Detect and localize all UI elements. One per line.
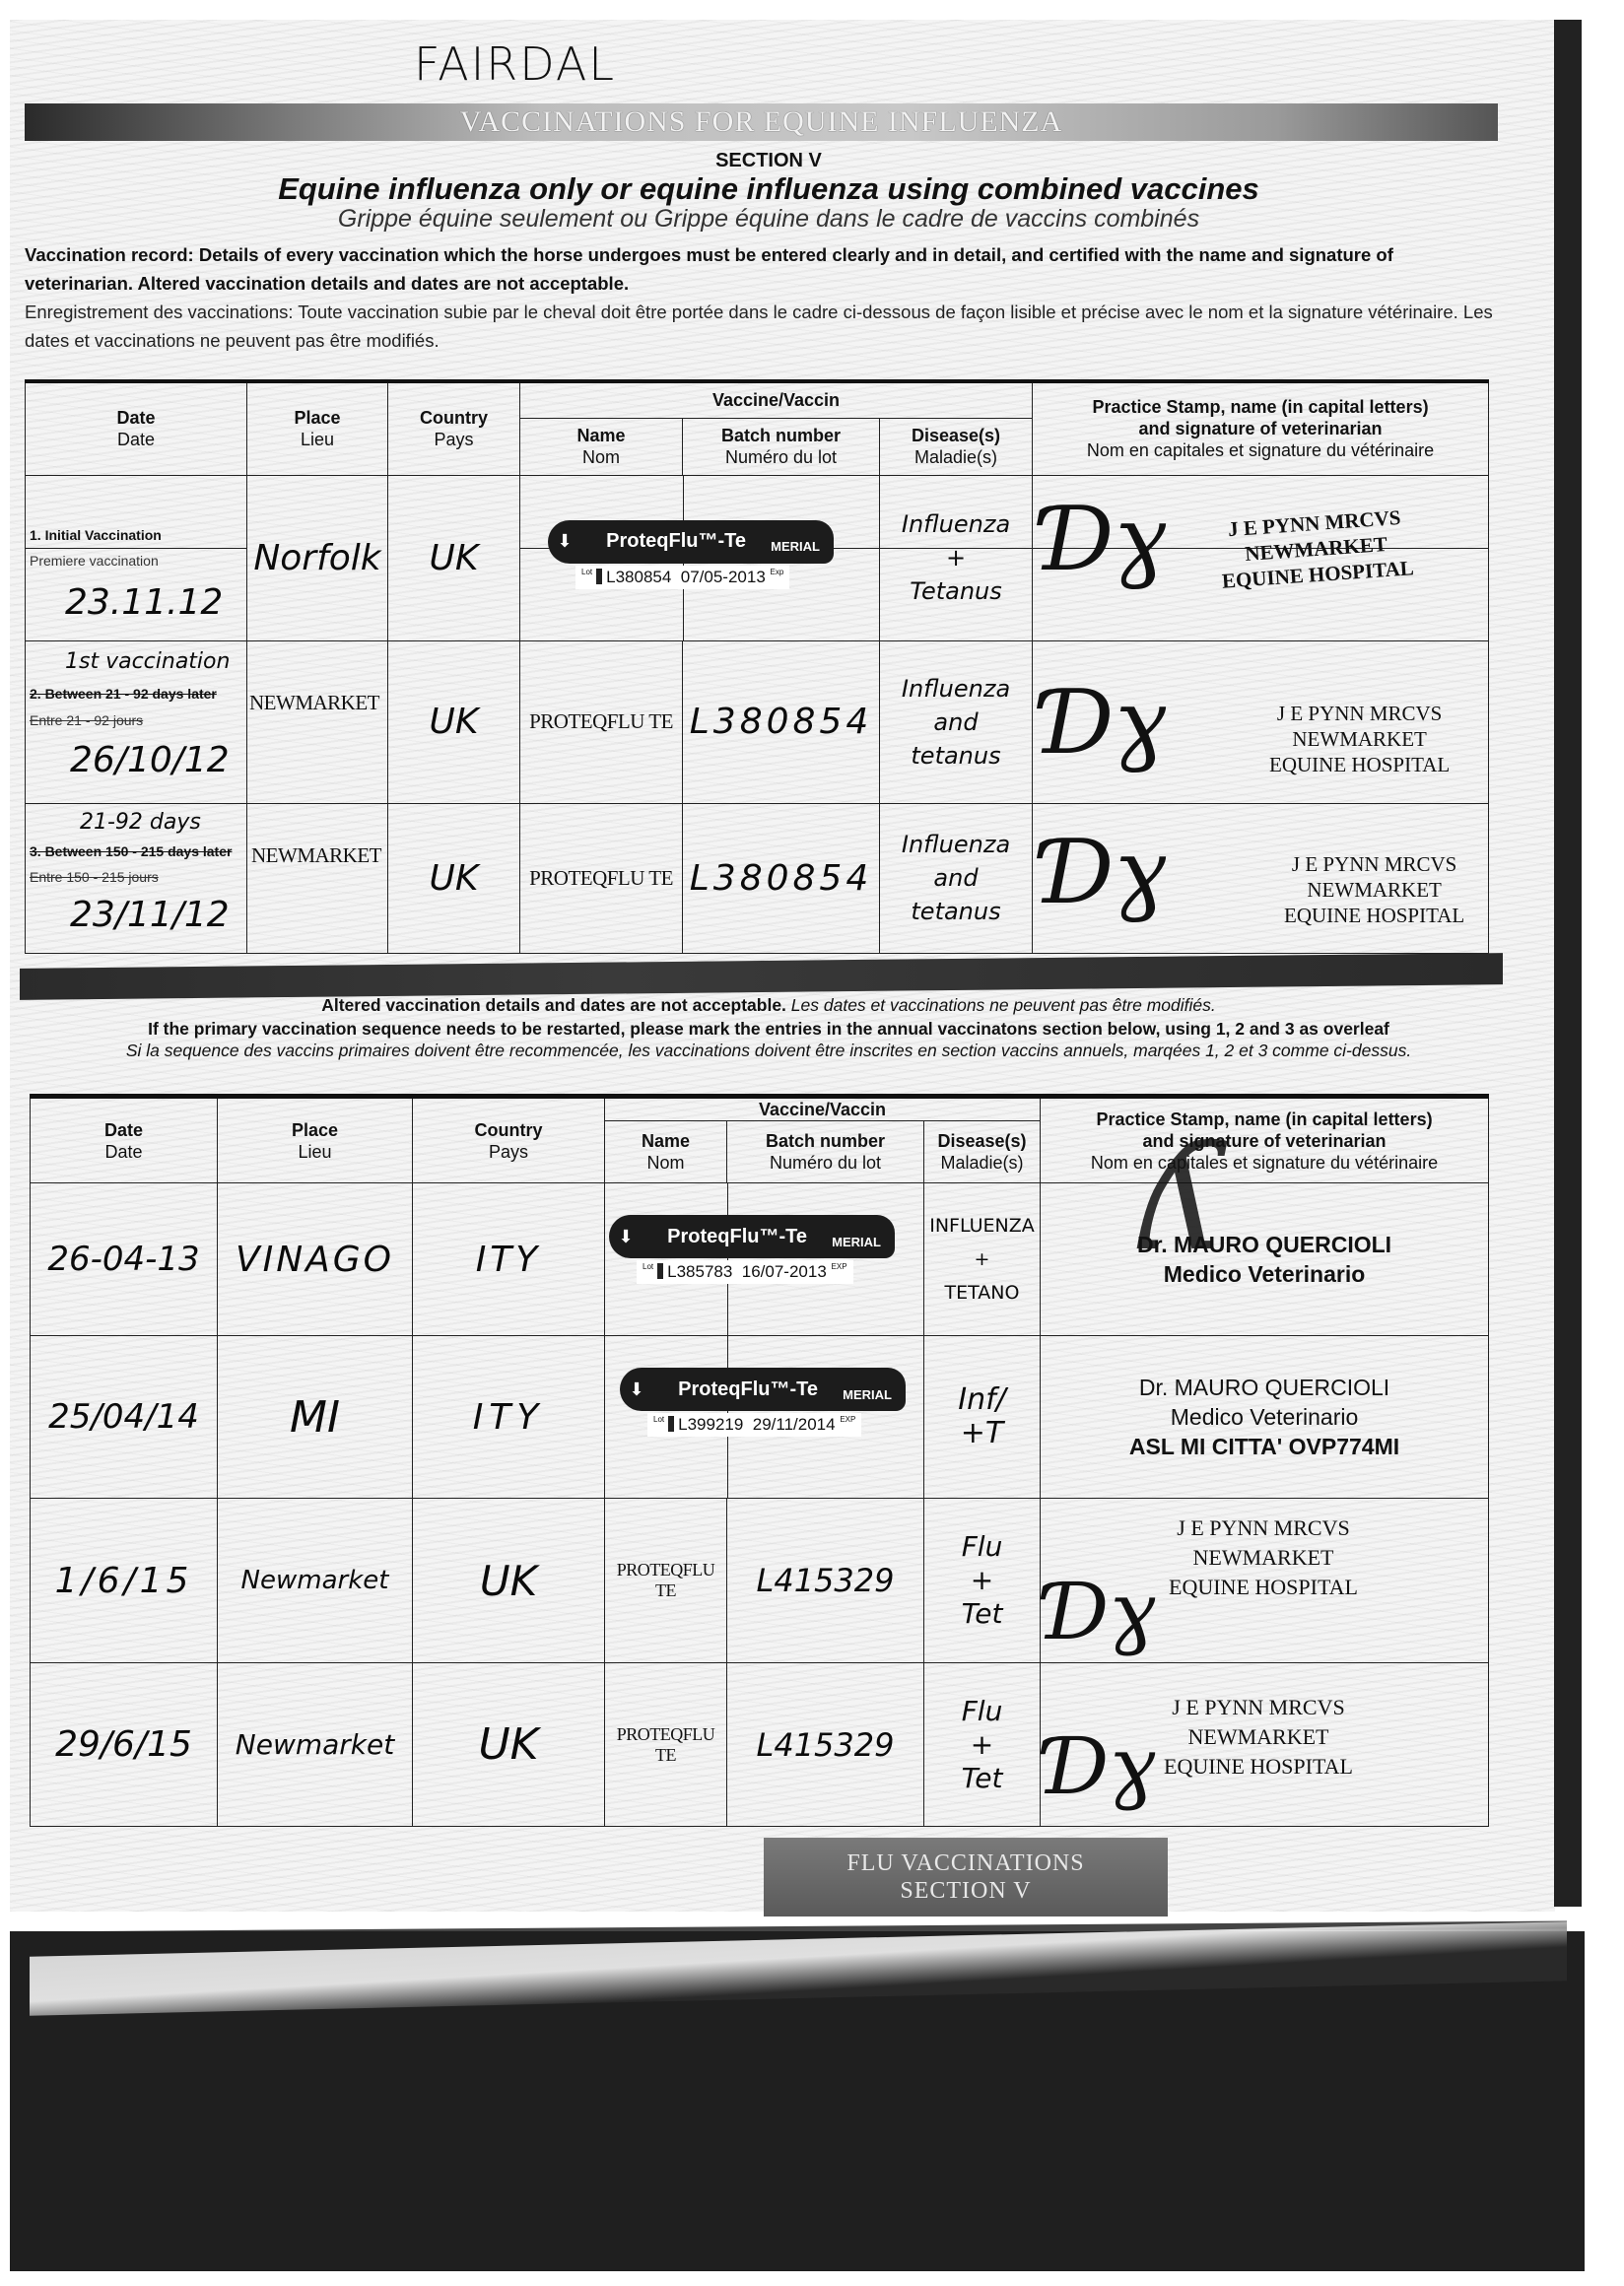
vet-signature: Ɗɣ bbox=[1043, 829, 1167, 917]
disease-cell: Influenzaandtetanus bbox=[880, 803, 1033, 953]
batch-cell: L380854 bbox=[683, 803, 880, 953]
vet-stamp-cell: Ɗɣ J E PYNN MRCVSNEWMARKETEQUINE HOSPITA… bbox=[1033, 475, 1489, 640]
place-cell: Norfolk bbox=[247, 475, 388, 640]
date-cell: 29/6/15 bbox=[31, 1663, 218, 1827]
vet-signature: Ɗɣ bbox=[1046, 1722, 1156, 1811]
header-band: VACCINATIONS FOR EQUINE INFLUENZA bbox=[25, 103, 1498, 141]
col-name: NameNom bbox=[605, 1121, 727, 1183]
page-subtitle: Grippe équine seulement ou Grippe équine… bbox=[0, 205, 1537, 234]
note-restart-sequence: If the primary vaccination sequence need… bbox=[0, 1019, 1537, 1040]
table-row: 26-04-13 VINAGO ITY ⬇ProteqFlu™-TeMERIAL… bbox=[31, 1183, 1489, 1336]
section-footer-tab: FLU VACCINATIONS SECTION V bbox=[764, 1838, 1168, 1916]
batch-cell: L415329 bbox=[727, 1499, 924, 1663]
disease-cell: Inf/+T bbox=[924, 1336, 1041, 1499]
col-batch: Batch numberNuméro du lot bbox=[683, 418, 880, 475]
name-cell: PROTEQFLU TE bbox=[605, 1663, 727, 1827]
vaccine-sticker-cell: ⬇ProteqFlu™-TeMERIAL LotL399219 29/11/20… bbox=[605, 1336, 924, 1499]
disease-cell: INFLUENZA+TETANO bbox=[924, 1183, 1041, 1336]
date-value: 23.11.12 bbox=[65, 582, 223, 623]
col-batch: Batch numberNuméro du lot bbox=[727, 1121, 924, 1183]
col-vaccine-group: Vaccine/Vaccin bbox=[605, 1097, 1041, 1121]
col-place: PlaceLieu bbox=[247, 381, 388, 475]
annual-vaccination-table: DateDate PlaceLieu CountryPays Vaccine/V… bbox=[30, 1094, 1489, 1827]
batch-cell: L415329 bbox=[727, 1663, 924, 1827]
vet-stamp-cell: Dr. MAURO QUERCIOLIMedico Veterinario ʎ bbox=[1041, 1183, 1489, 1336]
vaccine-sticker-cell: ⬇ProteqFlu™-TeMERIAL LotL380854 07/05-20… bbox=[520, 475, 880, 640]
instructions-french: Enregistrement des vaccinations: Toute v… bbox=[25, 298, 1503, 355]
col-disease: Disease(s)Maladie(s) bbox=[880, 418, 1033, 475]
col-vaccine-group: Vaccine/Vaccin bbox=[520, 381, 1033, 418]
place-cell: Newmarket bbox=[218, 1499, 413, 1663]
place-cell: VINAGO bbox=[218, 1183, 413, 1336]
table-row: 25/04/14 MI ITY ⬇ProteqFlu™-TeMERIAL Lot… bbox=[31, 1336, 1489, 1499]
vaccine-label-sticker: ⬇ProteqFlu™-TeMERIAL LotL385783 16/07-20… bbox=[609, 1215, 905, 1288]
country-cell: ITY bbox=[413, 1183, 605, 1336]
table-row: 29/6/15 Newmarket UK PROTEQFLU TE L41532… bbox=[31, 1663, 1489, 1827]
vet-stamp-cell: J E PYNN MRCVSNEWMARKETEQUINE HOSPITAL Ɗ… bbox=[1041, 1663, 1489, 1827]
date-cell: 1st vaccination 2. Between 21 - 92 days … bbox=[26, 640, 247, 803]
country-cell: UK bbox=[413, 1663, 605, 1827]
vet-stamp-cell: Dr. MAURO QUERCIOLIMedico VeterinarioASL… bbox=[1041, 1336, 1489, 1499]
table-row: 1/6/15 Newmarket UK PROTEQFLU TE L415329… bbox=[31, 1499, 1489, 1663]
col-country: CountryPays bbox=[388, 381, 520, 475]
country-cell: UK bbox=[388, 640, 520, 803]
arrow-down-icon: ⬇ bbox=[620, 1379, 653, 1400]
disease-cell: Influenza+Tetanus bbox=[880, 475, 1033, 640]
col-vet-stamp: Practice Stamp, name (in capital letters… bbox=[1033, 381, 1489, 475]
vaccine-label-sticker: ⬇ProteqFlu™-TeMERIAL LotL399219 29/11/20… bbox=[620, 1368, 915, 1441]
instructions-english: Vaccination record: Details of every vac… bbox=[25, 240, 1503, 298]
arrow-down-icon: ⬇ bbox=[609, 1227, 643, 1247]
col-country: CountryPays bbox=[413, 1097, 605, 1183]
country-cell: UK bbox=[388, 803, 520, 953]
col-date: DateDate bbox=[26, 381, 247, 475]
table-row: 1. Initial Vaccination Premiere vaccinat… bbox=[26, 475, 1489, 640]
date-cell: 1. Initial Vaccination Premiere vaccinat… bbox=[26, 475, 247, 640]
disease-cell: Flu+Tet bbox=[924, 1499, 1041, 1663]
col-vet-stamp: Practice Stamp, name (in capital letters… bbox=[1041, 1097, 1489, 1183]
date-cell: 26-04-13 bbox=[31, 1183, 218, 1336]
place-cell: MI bbox=[218, 1336, 413, 1499]
place-cell: Newmarket bbox=[218, 1663, 413, 1827]
vaccine-sticker-cell: ⬇ProteqFlu™-TeMERIAL LotL385783 16/07-20… bbox=[605, 1183, 924, 1336]
place-cell: NEWMARKET bbox=[247, 803, 388, 953]
country-cell: UK bbox=[388, 475, 520, 640]
section-label: SECTION V bbox=[0, 150, 1537, 172]
note-altered-details: Altered vaccination details and dates ar… bbox=[0, 995, 1537, 1016]
country-cell: ITY bbox=[413, 1336, 605, 1499]
vet-signature: Ɗɣ bbox=[1043, 679, 1167, 768]
col-date: DateDate bbox=[31, 1097, 218, 1183]
vet-signature: ʎ bbox=[1139, 1154, 1223, 1243]
table-row: 1st vaccination 2. Between 21 - 92 days … bbox=[26, 640, 1489, 803]
disease-cell: Influenzaandtetanus bbox=[880, 640, 1033, 803]
batch-cell: L380854 bbox=[683, 640, 880, 803]
vet-stamp-cell: Ɗɣ J E PYNN MRCVSNEWMARKETEQUINE HOSPITA… bbox=[1033, 640, 1489, 803]
vet-stamp-cell: Ɗɣ J E PYNN MRCVSNEWMARKETEQUINE HOSPITA… bbox=[1033, 803, 1489, 953]
col-name: NameNom bbox=[520, 418, 683, 475]
vaccine-label-sticker: ⬇ProteqFlu™-TeMERIAL LotL380854 07/05-20… bbox=[548, 520, 844, 593]
arrow-down-icon: ⬇ bbox=[548, 531, 581, 552]
note-restart-sequence-fr: Si la sequence des vaccins primaires doi… bbox=[0, 1041, 1537, 1061]
col-disease: Disease(s)Maladie(s) bbox=[924, 1121, 1041, 1183]
table-row: 21-92 days 3. Between 150 - 215 days lat… bbox=[26, 803, 1489, 953]
col-place: PlaceLieu bbox=[218, 1097, 413, 1183]
date-cell: 1/6/15 bbox=[31, 1499, 218, 1663]
name-cell: PROTEQFLU TE bbox=[520, 803, 683, 953]
place-cell: NEWMARKET bbox=[247, 640, 388, 803]
date-cell: 21-92 days 3. Between 150 - 215 days lat… bbox=[26, 803, 247, 953]
date-cell: 25/04/14 bbox=[31, 1336, 218, 1499]
date-value: 26/10/12 bbox=[70, 740, 230, 780]
handwritten-horse-name: FAIRDAL bbox=[414, 37, 616, 91]
name-cell: PROTEQFLU TE bbox=[520, 640, 683, 803]
scan-edge-shadow bbox=[1554, 20, 1582, 1907]
page-title: Equine influenza only or equine influenz… bbox=[0, 171, 1537, 207]
primary-vaccination-table: DateDate PlaceLieu CountryPays Vaccine/V… bbox=[25, 379, 1489, 954]
name-cell: PROTEQFLU TE bbox=[605, 1499, 727, 1663]
vet-signature: Ɗɣ bbox=[1043, 496, 1167, 584]
header-band-title: VACCINATIONS FOR EQUINE INFLUENZA bbox=[460, 105, 1063, 139]
disease-cell: Flu+Tet bbox=[924, 1663, 1041, 1827]
country-cell: UK bbox=[413, 1499, 605, 1663]
vet-signature: Ɗɣ bbox=[1046, 1568, 1156, 1656]
vet-stamp-cell: J E PYNN MRCVSNEWMARKETEQUINE HOSPITAL Ɗ… bbox=[1041, 1499, 1489, 1663]
date-value: 23/11/12 bbox=[70, 895, 230, 935]
